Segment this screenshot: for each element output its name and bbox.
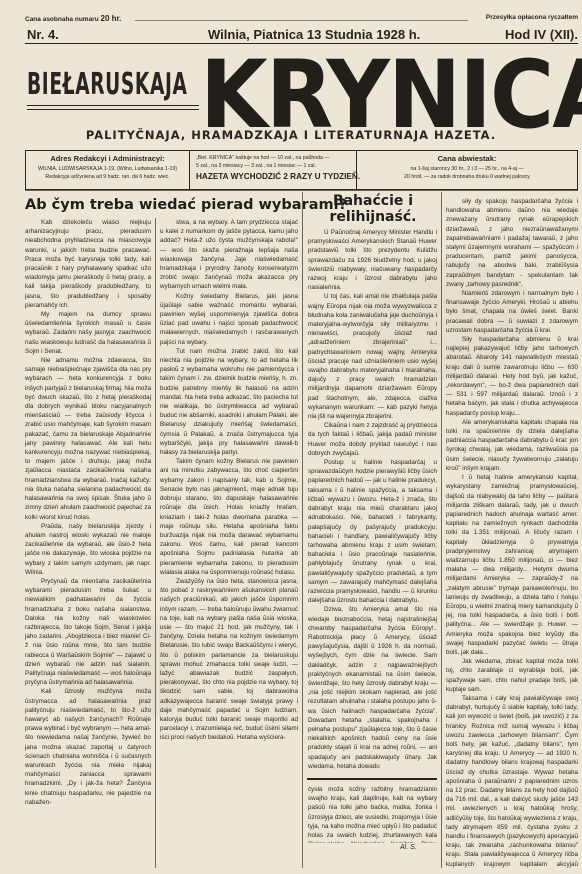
paragraph: siły dy spakoju haspadarčaha žyćcia i ha…	[446, 197, 578, 289]
paragraph: Kali ŭzrosły mužčyna moža ŭstrymacca ad …	[25, 687, 151, 807]
postage-note: Przesyłka opłacona ryczałtem	[486, 14, 578, 21]
paragraph: Tut nam možna zrabić zakid, što kali nie…	[160, 347, 298, 457]
address-line: WILNIA, LUDWISARSKAJA 1-19. (Wilno, Ludw…	[26, 165, 189, 173]
address-cell: Adres Redakcyi i Administracyi: WILNIA, …	[26, 151, 190, 189]
paragraph: U toj čas, kali amal nie zhałčułaja pašl…	[308, 292, 437, 421]
paragraph: Ale amerykanskaha kapitału chapała nia t…	[446, 418, 578, 473]
divider	[25, 190, 578, 191]
article-continuation: čysła moža kožny raźbitny hramadzianin s…	[308, 785, 437, 843]
ad-price-line: 20 hroš. — za radok drobnaha druku ŭ wad…	[357, 173, 577, 181]
masthead-rules	[27, 105, 199, 113]
paragraph: My majem na dumcy sprawu ŭświedamlieńnia…	[25, 310, 151, 356]
address-heading: Adres Redakcyi i Administracyi:	[26, 154, 189, 163]
divider	[307, 778, 437, 780]
column-rule	[441, 192, 442, 868]
subscription-line: 5 zal., na 3 miesiacy — 3 zal., na 1 mie…	[196, 162, 356, 170]
masthead-subtitle: PALITYČNAJA, HRAMADZKAJA I LITERATURNAJA…	[0, 128, 582, 142]
continuation-text: čysła moža kožny raźbitny hramadzianin s…	[308, 785, 437, 843]
divider	[135, 20, 468, 21]
paragraph: Pryčynaŭ da mienšaha zacikaŭleńnia wybar…	[25, 577, 151, 687]
column-rule	[155, 218, 156, 868]
subscription-cell: „Biel. KRYNICA" kaštuje na hod — 10 zal.…	[190, 151, 357, 189]
issue-date: Wilnia, Piatnica 13 Studnia 1928 h.	[208, 27, 420, 42]
paragraph: Nie adnamu možna zdawacca, što samaje ni…	[25, 356, 151, 522]
info-box: Adres Redakcyi i Administracyi: WILNIA, …	[25, 150, 578, 190]
subscription-line: „Biel. KRYNICA" kaštuje na hod — 10 zal.…	[196, 154, 356, 162]
paragraph: I ŭ hetaj halinie amerykanski kapitał, w…	[446, 473, 578, 657]
masthead-title: KRYNICA	[200, 56, 582, 136]
author-signature: Al. S.	[400, 844, 417, 851]
paragraph: Taksama i cały kraj pawialičywaje swoj d…	[446, 694, 578, 870]
frequency-note: HAZETA WYCHODZIĆ 2 RAZY U TYDZIEŇ.	[196, 172, 356, 181]
paragraph: Siły haspadarčaha abmienu ŭ krai najlepi…	[446, 335, 578, 418]
issue-price: Cana asobnaha numaru 20 hr.	[25, 14, 121, 23]
article-column: siły dy spakoju haspadarčaha žyćcia i ha…	[446, 197, 578, 870]
column-rule	[302, 192, 303, 868]
article-headline: Bahaćcie i relihijnaść.	[308, 193, 438, 225]
paragraph: Dziwa, što Amieryka amal što nia wiedaje…	[308, 605, 437, 771]
paragraph: Zważyŭšy na ŭsio heta, stanowicca jasna,…	[160, 577, 298, 743]
paragraph: U Paŭnočnaj Amerycy Minister Handlu i pr…	[308, 228, 437, 292]
price-value: 20 hr.	[101, 14, 122, 23]
article-column: stwa, a na wybary. A tam prydziecca staj…	[160, 218, 298, 870]
office-hours: Redakcyja adčyniena ad 9 hadz. ran. da 6…	[26, 173, 189, 181]
article-column: Kab dziekoleču wiaści niejkuju arhanizac…	[25, 218, 151, 870]
paragraph: Niamieńš zdarowym i narmalnym było i fin…	[446, 289, 578, 335]
paragraph: Kab dziekoleču wiaści niejkuju arhanizac…	[25, 218, 151, 310]
ad-prices-heading: Cana abwiestak:	[357, 154, 577, 163]
paragraph: Cikaŭna i nam z zajzdraść aj prydziecca …	[308, 421, 437, 458]
newspaper-page: Cana asobnaha numaru 20 hr. Przesyłka op…	[0, 0, 582, 874]
ad-price-line: na 1-šaj staroncy 30 hr., 2 i 3 — 25 hr.…	[357, 165, 577, 173]
price-label: Cana asobnaha numaru	[25, 16, 99, 23]
paragraph: Praŭda, našy bielaruskija zjezdy i ahuła…	[25, 522, 151, 577]
article-column: U Paŭnočnaj Amerycy Minister Handlu i pr…	[308, 228, 437, 776]
volume-year: Hod IV (XII).	[505, 27, 578, 42]
article-headline: Ab čym treba wiedać pierad wybarami?	[25, 197, 295, 213]
paragraph: stwa, a na wybary. A tam prydziecca staj…	[160, 218, 298, 292]
paragraph: Kožny świedamy Bielarus, jaki jasna ŭjaŭ…	[160, 292, 298, 347]
top-strip: Cana asobnaha numaru 20 hr. Przesyłka op…	[25, 14, 578, 24]
paragraph: Takim čynam kožny Bielarus nie pawinien …	[160, 457, 298, 577]
paragraph: Jak wiedama, zbirać kapitał moža tolki t…	[446, 657, 578, 694]
ad-prices-cell: Cana abwiestak: na 1-šaj staroncy 30 hr.…	[357, 151, 577, 189]
issue-number: Nr. 4.	[27, 27, 59, 42]
paragraph: Postup u halinie haspadarčaj u sprawazda…	[308, 458, 437, 605]
